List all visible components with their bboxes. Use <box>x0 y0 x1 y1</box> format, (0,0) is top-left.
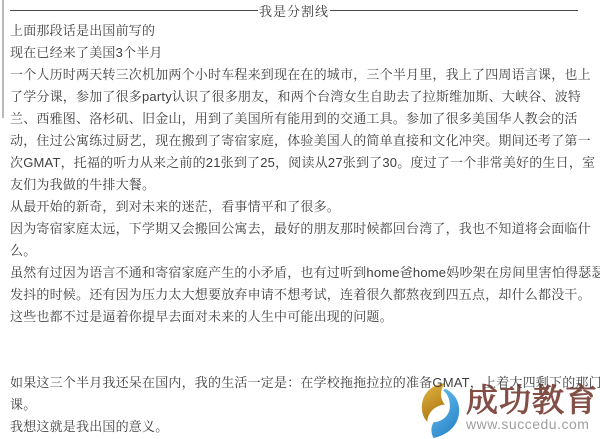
post-body: 上面那段话是出国前写的现在已经来了美国3个半月一个人历时两天转三次机加两个小时车… <box>0 20 600 438</box>
text-line: 发抖的时候。还有因为压力太大想要放弃申请不想考试，连着很久都熬夜到四五点，却什么… <box>10 284 590 306</box>
left-border-line <box>2 0 4 118</box>
divider-line-right <box>330 10 578 11</box>
divider-label: 我是分割线 <box>258 1 330 20</box>
text-line: 如果这三个半月我还呆在国内，我的生活一定是：在学校拖拖拉拉的准备GMAT，上着大… <box>10 372 590 394</box>
text-line: 因为寄宿家庭太远，下学期又会搬回公寓去，最好的朋友那时候都回台湾了，我也不知道将… <box>10 218 590 240</box>
text-line: 一个人历时两天转三次机加两个小时车程来到现在在的城市，三个半月里，我上了四周语言… <box>10 64 590 86</box>
text-line: 从最开始的新奇，到对未来的迷茫，看事情平和了很多。 <box>10 196 590 218</box>
text-line: 么。 <box>10 240 590 262</box>
text-line: 了学分课，参加了很多party认识了很多朋友，和两个台湾女生自助去了拉斯维加斯、… <box>10 86 590 108</box>
text-line: 友们为我做的牛排大餐。 <box>10 174 590 196</box>
text-line: 课。 <box>10 394 590 416</box>
text-line <box>10 328 590 350</box>
divider-line-left <box>10 10 258 11</box>
text-line: 这些也都不过是逼着你提早去面对未来的人生中可能出现的问题。 <box>10 306 590 328</box>
text-line: 次GMAT，托福的听力从来之前的21张到了25，阅读从27张到了30。度过了一个… <box>10 152 590 174</box>
section-divider: 我是分割线 <box>0 0 600 20</box>
text-line: 上面那段话是出国前写的 <box>10 20 590 42</box>
text-line: 兰、西雅图、洛杉矶、旧金山，用到了美国所有能用到的交通工具。参加了很多美国华人教… <box>10 108 590 130</box>
post-page: { "divider": { "label": "我是分割线" }, "post… <box>0 0 600 439</box>
text-line <box>10 350 590 372</box>
text-line: 我想这就是我出国的意义。 <box>10 416 590 438</box>
text-line: 现在已经来了美国3个半月 <box>10 42 590 64</box>
text-line: 虽然有过因为语言不通和寄宿家庭产生的小矛盾，也有过听到home爸home妈吵架在… <box>10 262 590 284</box>
text-line: 动，住过公寓练过厨艺，现在搬到了寄宿家庭，体验美国人的简单直接和文化冲突。期间还… <box>10 130 590 152</box>
